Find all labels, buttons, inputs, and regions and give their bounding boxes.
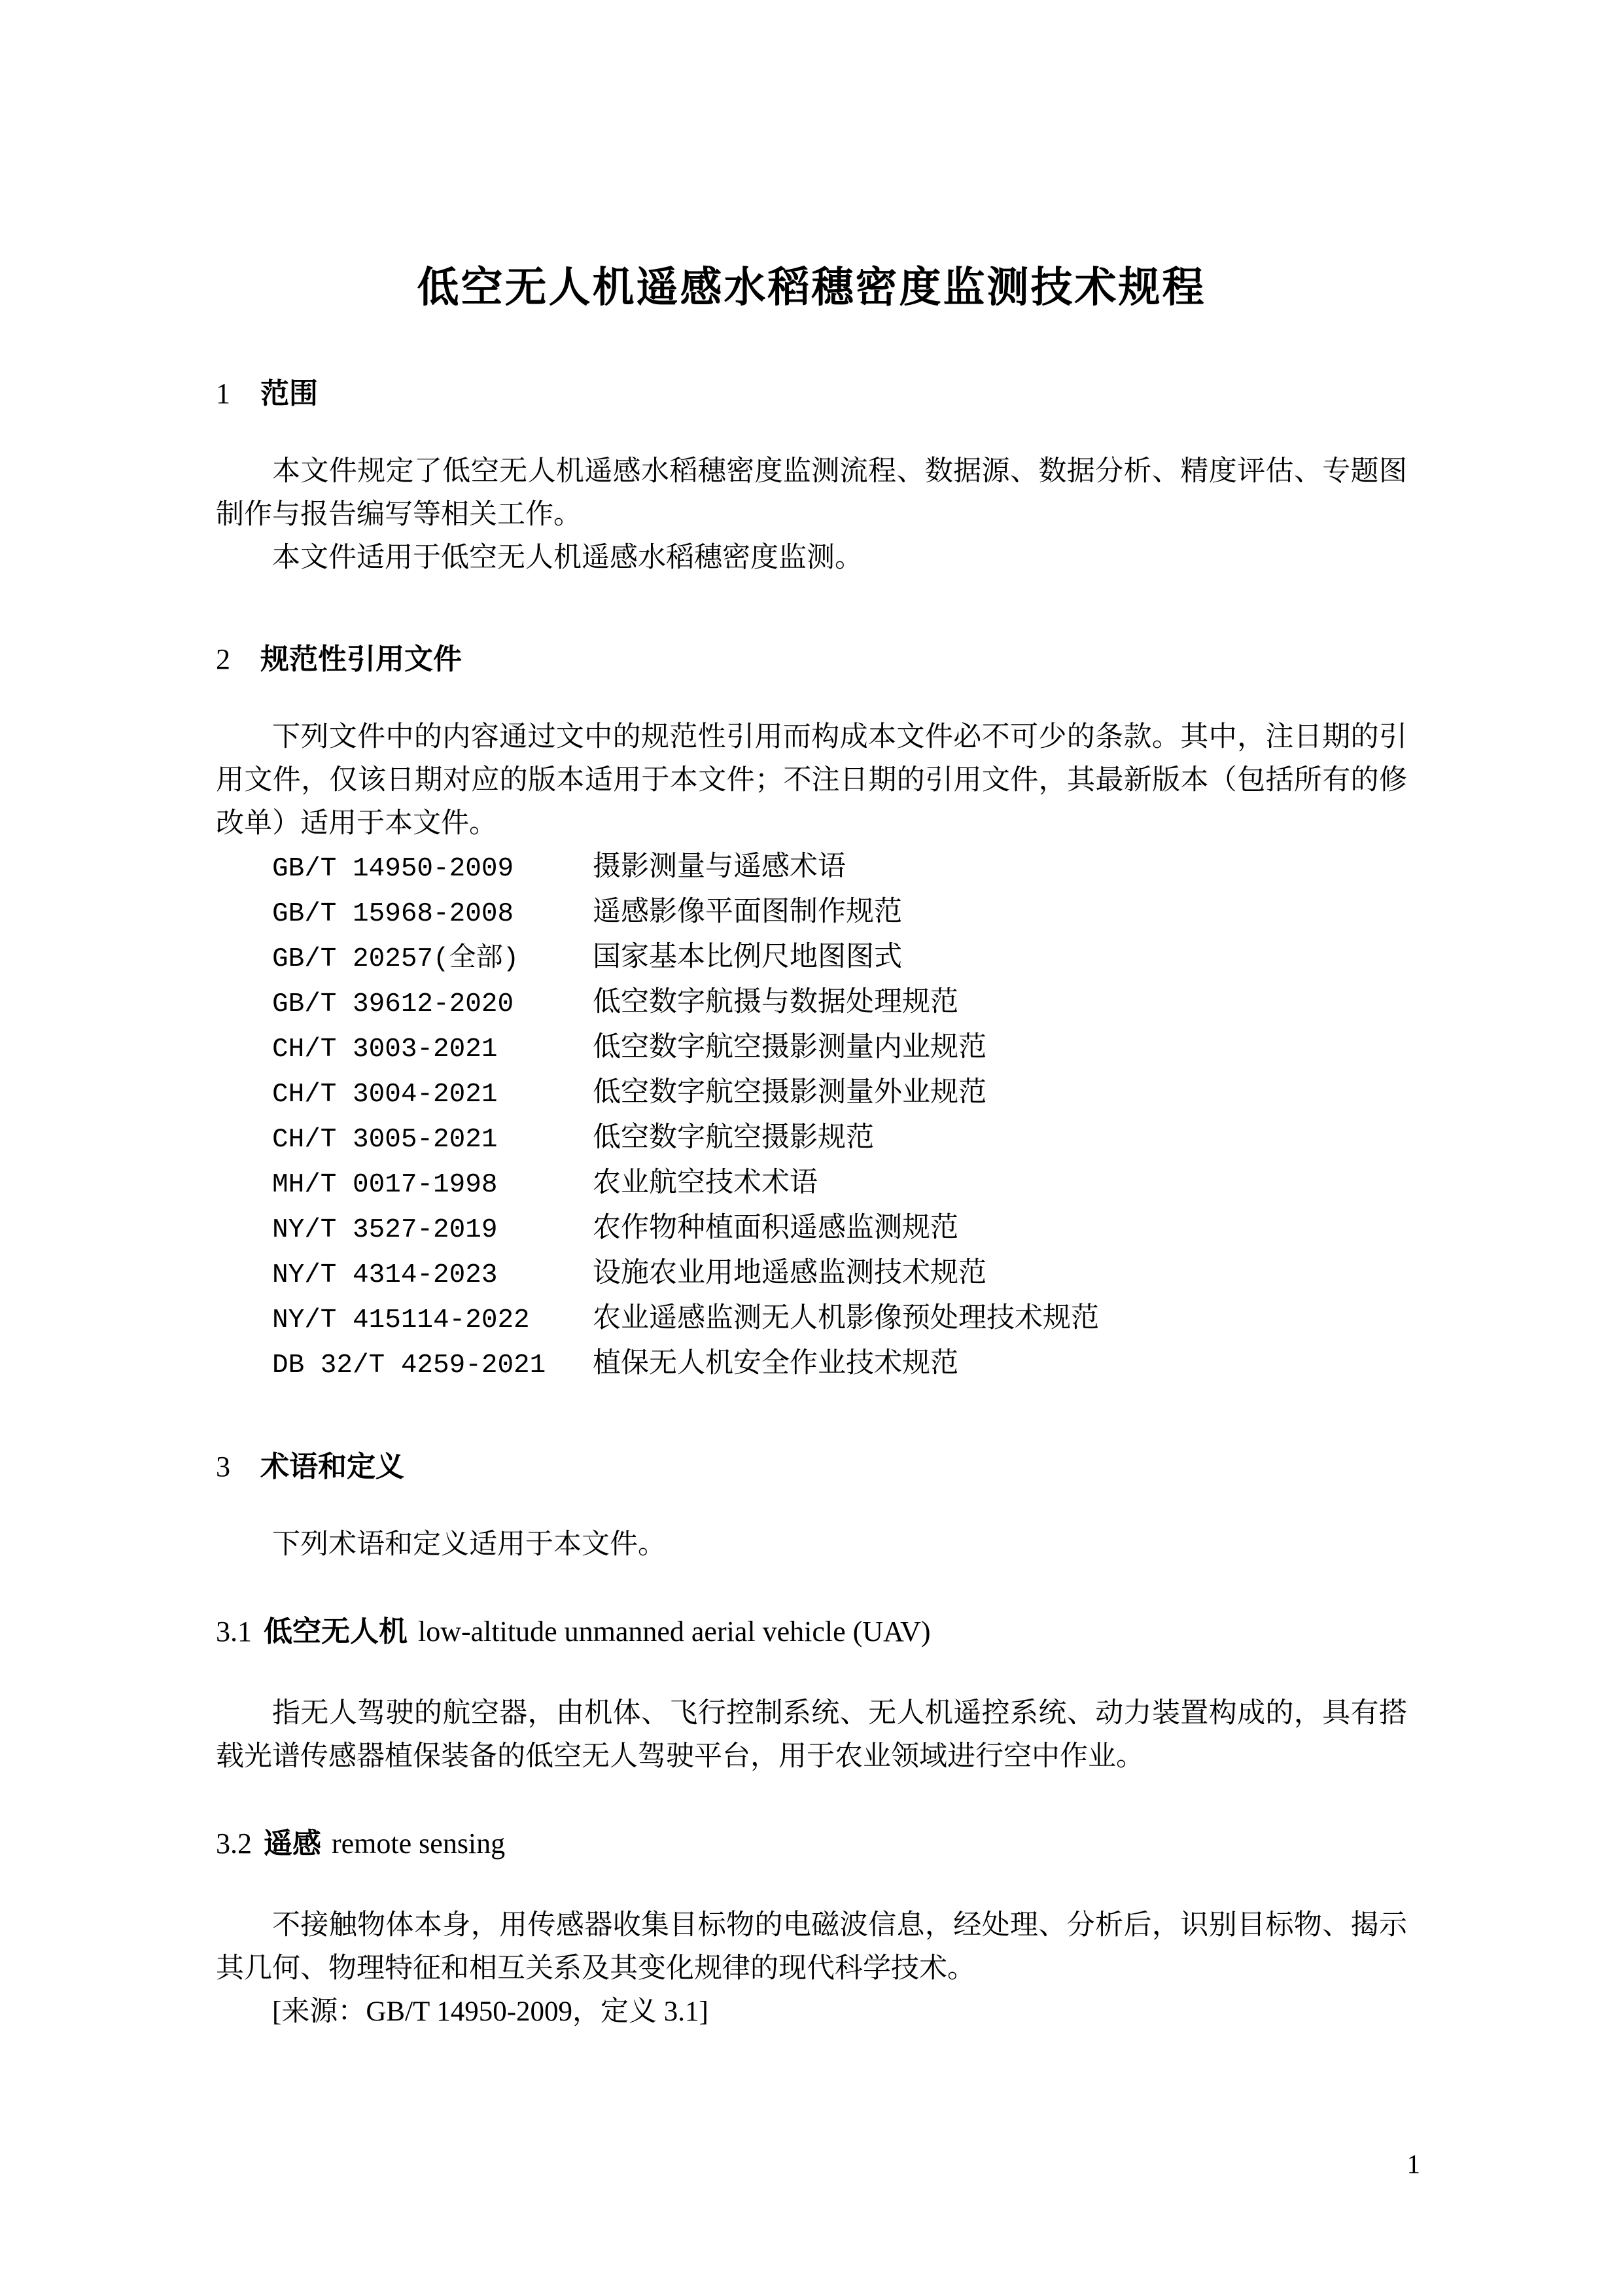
reference-item: CH/T 3004-2021低空数字航空摄影测量外业规范 — [272, 1071, 1407, 1116]
section-scope-heading: 1范围 — [216, 374, 1407, 414]
term-english: low-altitude unmanned aerial vehicle (UA… — [418, 1616, 931, 1648]
reference-name: 农业航空技术术语 — [593, 1167, 818, 1198]
reference-code: GB/T 15968-2008 — [272, 892, 593, 936]
section-references-heading: 2规范性引用文件 — [216, 640, 1407, 679]
reference-item: GB/T 14950-2009摄影测量与遥感术语 — [272, 845, 1407, 891]
terms-intro-paragraph: 下列术语和定义适用于本文件。 — [216, 1523, 1407, 1566]
reference-code: CH/T 3005-2021 — [272, 1118, 593, 1161]
reference-name: 摄影测量与遥感术语 — [593, 851, 846, 882]
reference-code: NY/T 3527-2019 — [272, 1209, 593, 1252]
term-3-2-heading: 3.2遥感remote sensing — [216, 1824, 1407, 1863]
reference-item: CH/T 3005-2021低空数字航空摄影规范 — [272, 1116, 1407, 1161]
reference-item: NY/T 4314-2023设施农业用地遥感监测技术规范 — [272, 1252, 1407, 1297]
reference-list: GB/T 14950-2009摄影测量与遥感术语 GB/T 15968-2008… — [216, 845, 1407, 1387]
section-number: 2 — [216, 643, 230, 675]
scope-paragraph-2: 本文件适用于低空无人机遥感水稻穗密度监测。 — [216, 537, 1407, 580]
reference-item: DB 32/T 4259-2021植保无人机安全作业技术规范 — [272, 1342, 1407, 1387]
term-english: remote sensing — [332, 1828, 505, 1860]
reference-name: 设施农业用地遥感监测技术规范 — [593, 1258, 986, 1288]
reference-item: GB/T 39612-2020低空数字航摄与数据处理规范 — [272, 981, 1407, 1026]
document-page: 低空无人机遥感水稻穗密度监测技术规程 1范围 本文件规定了低空无人机遥感水稻穗密… — [0, 0, 1623, 2296]
reference-item: CH/T 3003-2021低空数字航空摄影测量内业规范 — [272, 1026, 1407, 1071]
term-number: 3.2 — [216, 1828, 252, 1860]
section-title: 规范性引用文件 — [260, 643, 462, 675]
reference-code: CH/T 3003-2021 — [272, 1028, 593, 1071]
reference-name: 低空数字航空摄影规范 — [593, 1122, 874, 1153]
section-scope: 1范围 本文件规定了低空无人机遥感水稻穗密度监测流程、数据源、数据分析、精度评估… — [216, 374, 1407, 580]
page-number: 1 — [1407, 2147, 1421, 2180]
reference-name: 遥感影像平面图制作规范 — [593, 896, 902, 927]
reference-item: MH/T 0017-1998农业航空技术术语 — [272, 1161, 1407, 1207]
reference-code: MH/T 0017-1998 — [272, 1163, 593, 1207]
reference-name: 植保无人机安全作业技术规范 — [593, 1348, 958, 1379]
reference-code: GB/T 20257(全部) — [272, 938, 593, 981]
reference-name: 低空数字航空摄影测量外业规范 — [593, 1077, 986, 1108]
reference-item: NY/T 3527-2019农作物种植面积遥感监测规范 — [272, 1207, 1407, 1252]
reference-name: 低空数字航空摄影测量内业规范 — [593, 1032, 986, 1063]
section-normative-references: 2规范性引用文件 下列文件中的内容通过文中的规范性引用而构成本文件必不可少的条款… — [216, 640, 1407, 1387]
reference-code: NY/T 4314-2023 — [272, 1254, 593, 1297]
reference-code: NY/T 415114-2022 — [272, 1299, 593, 1342]
section-number: 3 — [216, 1451, 230, 1483]
reference-name: 农作物种植面积遥感监测规范 — [593, 1212, 958, 1243]
section-number: 1 — [216, 378, 230, 410]
section-title: 术语和定义 — [260, 1451, 404, 1483]
term-number: 3.1 — [216, 1616, 252, 1648]
document-title: 低空无人机遥感水稻穗密度监测技术规程 — [216, 260, 1407, 314]
term-3-2-definition: 不接触物体本身，用传感器收集目标物的电磁波信息，经处理、分析后，识别目标物、揭示… — [216, 1904, 1407, 1990]
term-3-2-source: [来源：GB/T 14950-2009，定义 3.1] — [216, 1990, 1407, 2034]
term-chinese: 遥感 — [264, 1828, 321, 1860]
references-intro-paragraph: 下列文件中的内容通过文中的规范性引用而构成本文件必不可少的条款。其中，注日期的引… — [216, 716, 1407, 845]
reference-item: NY/T 415114-2022农业遥感监测无人机影像预处理技术规范 — [272, 1297, 1407, 1342]
scope-paragraph-1: 本文件规定了低空无人机遥感水稻穗密度监测流程、数据源、数据分析、精度评估、专题图… — [216, 450, 1407, 537]
reference-code: DB 32/T 4259-2021 — [272, 1344, 593, 1387]
section-title: 范围 — [260, 378, 318, 410]
reference-name: 农业遥感监测无人机影像预处理技术规范 — [593, 1303, 1099, 1333]
section-terms-heading: 3术语和定义 — [216, 1447, 1407, 1487]
term-3-1-heading: 3.1低空无人机low-altitude unmanned aerial veh… — [216, 1612, 1407, 1651]
reference-name: 低空数字航摄与数据处理规范 — [593, 987, 958, 1017]
reference-name: 国家基本比例尺地图图式 — [593, 942, 902, 972]
reference-code: CH/T 3004-2021 — [272, 1073, 593, 1116]
reference-code: GB/T 39612-2020 — [272, 983, 593, 1026]
section-terms-and-definitions: 3术语和定义 下列术语和定义适用于本文件。 3.1低空无人机low-altitu… — [216, 1447, 1407, 2034]
reference-item: GB/T 20257(全部)国家基本比例尺地图图式 — [272, 936, 1407, 981]
term-3-1-definition: 指无人驾驶的航空器，由机体、飞行控制系统、无人机遥控系统、动力装置构成的，具有搭… — [216, 1692, 1407, 1778]
reference-item: GB/T 15968-2008遥感影像平面图制作规范 — [272, 891, 1407, 936]
reference-code: GB/T 14950-2009 — [272, 847, 593, 891]
term-chinese: 低空无人机 — [264, 1616, 408, 1648]
